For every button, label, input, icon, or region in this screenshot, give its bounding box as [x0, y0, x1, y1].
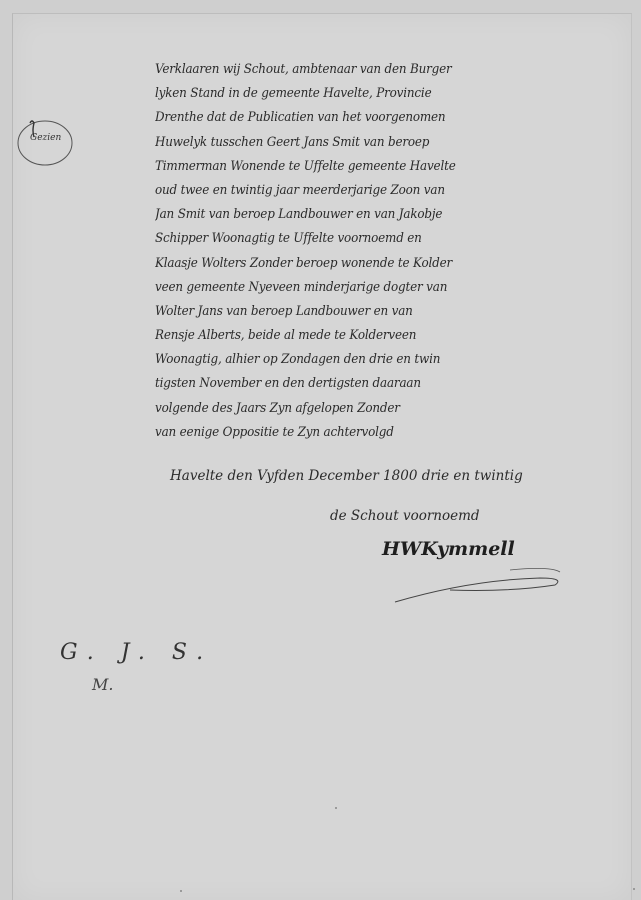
- body-line: van eenige Oppositie te Zyn achtervolgd: [155, 421, 597, 445]
- margin-note-secondary: M.: [92, 675, 113, 694]
- body-line: oud twee en twintig jaar meerderjarige Z…: [155, 179, 597, 203]
- body-line: Verklaaren wij Schout, ambtenaar van den…: [155, 58, 597, 82]
- body-line: Schipper Woonagtig te Uffelte voornoemd …: [155, 227, 597, 251]
- margin-stamp: Gezien: [16, 117, 74, 167]
- paper-speck: [335, 807, 337, 809]
- signoff: de Schout voornoemd: [330, 508, 480, 524]
- body-line: Jan Smit van beroep Landbouwer en van Ja…: [155, 203, 597, 227]
- margin-note: G. J. S.: [60, 640, 213, 665]
- body-line: Rensje Alberts, beide al mede te Kolderv…: [155, 324, 597, 348]
- body-line: Klaasje Wolters Zonder beroep wonende te…: [155, 252, 597, 276]
- body-line: volgende des Jaars Zyn afgelopen Zonder: [155, 397, 597, 421]
- body-line: tigsten November en den dertigsten daara…: [155, 372, 597, 396]
- scanned-document: Gezien Verklaaren wij Schout, ambtenaar …: [0, 0, 641, 900]
- margin-stamp-text: Gezien: [30, 133, 61, 143]
- body-line: Wolter Jans van beroep Landbouwer en van: [155, 300, 597, 324]
- dateline: Havelte den Vyfden December 1800 drie en…: [170, 468, 523, 484]
- signature-flourish-icon: [390, 560, 570, 610]
- document-body: Verklaaren wij Schout, ambtenaar van den…: [155, 58, 635, 445]
- body-line: lyken Stand in de gemeente Havelte, Prov…: [155, 82, 597, 106]
- body-line: Woonagtig, alhier op Zondagen den drie e…: [155, 348, 597, 372]
- signature: HWKymmell: [382, 538, 515, 560]
- paper-speck: [633, 888, 635, 890]
- body-line: veen gemeente Nyeveen minderjarige dogte…: [155, 276, 597, 300]
- body-line: Huwelyk tusschen Geert Jans Smit van ber…: [155, 131, 597, 155]
- paper-speck: [180, 890, 182, 892]
- body-line: Drenthe dat de Publicatien van het voorg…: [155, 106, 597, 130]
- body-line: Timmerman Wonende te Uffelte gemeente Ha…: [155, 155, 597, 179]
